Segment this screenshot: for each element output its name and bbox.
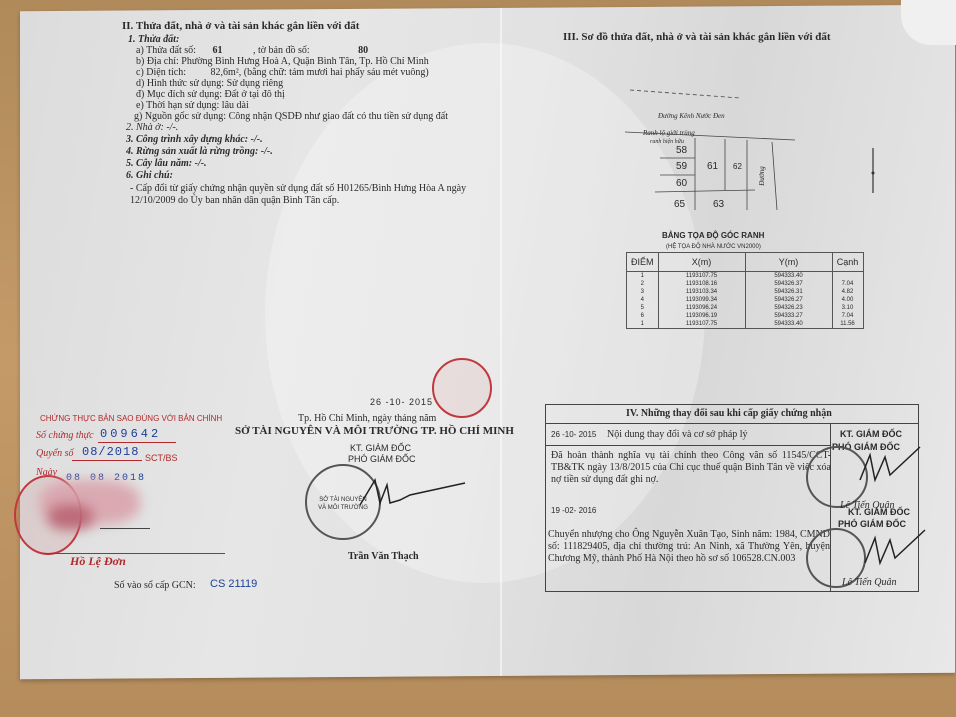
table-row: 41193099.34594326.274.00 (627, 296, 864, 304)
parcel-label: a) Thửa đất số: (136, 45, 196, 56)
redacted-signature (48, 505, 93, 530)
deputy-director: PHÓ GIÁM ĐỐC (348, 453, 416, 465)
col-x: X(m) (658, 253, 745, 272)
cert-sign-line (100, 528, 150, 529)
address-label: b) Địa chỉ: (136, 56, 179, 67)
item-house: 2. Nhà ở: -/-. (126, 122, 178, 134)
area-label: c) Diện tích: (136, 67, 186, 78)
table-row: 11193107.75594333.4011.56 (627, 320, 864, 329)
section-4-title: IV. Những thay đổi sau khi cấp giấy chứn… (626, 408, 832, 420)
cert-book-underline (72, 460, 142, 461)
table-row: 11193107.75594333.40 (627, 272, 864, 281)
table-row: 61193096.19594333.277.04 (627, 312, 864, 320)
origin-value: Công nhận QSDĐ như giao đất có thu tiền … (229, 111, 448, 122)
change-entry-2: Chuyển nhượng cho Ông Nguyễn Xuân Tạo, S… (548, 529, 830, 565)
col-y: Y(m) (745, 253, 832, 272)
north-arrow-icon (868, 148, 878, 193)
cert-divider (45, 553, 225, 554)
item-perennial: 5. Cây lâu năm: -/-. (126, 158, 207, 170)
change-date-1: 26 -10- 2015 (551, 429, 596, 441)
item-forest: 4. Rừng sản xuất là rừng trồng: -/-. (126, 146, 273, 158)
note-line-2: 12/10/2009 do Ủy ban nhân dân quận Bình … (130, 195, 339, 207)
kt-director-right-2: KT. GIÁM ĐỐC (848, 506, 910, 518)
parcel-63: 63 (713, 199, 724, 211)
parcel-60: 60 (676, 178, 687, 190)
change-date-2: 19 -02- 2016 (551, 505, 596, 517)
table-row: 51193096.24594326.233.10 (627, 304, 864, 312)
parcel-value: 61 (212, 45, 222, 56)
origin-label: g) Nguồn gốc sử dụng: (134, 111, 226, 122)
cert-book-value: 08/2018 (82, 446, 139, 458)
road-top-label: Đường Kênh Nước Đen (658, 110, 725, 122)
section-2-title: II. Thửa đất, nhà ở và tài sản khác gắn … (122, 20, 359, 32)
gcn-value: CS 21119 (210, 578, 257, 590)
area-value: 82,6m², (bằng chữ: tám mươi hai phẩy sáu… (210, 67, 428, 78)
purpose-label: đ) Mục đích sử dụng: (136, 89, 222, 100)
cert-number-label: Số chứng thực (36, 430, 94, 442)
cert-number-value: 009642 (100, 428, 161, 440)
stamped-date: 26 -10- 2015 (370, 396, 433, 408)
parcel-map (615, 85, 875, 215)
cert-book-label: Quyển số (36, 448, 74, 460)
parcel-61: 61 (707, 161, 718, 173)
note-line-1: - Cấp đổi từ giấy chứng nhận quyền sử dụ… (130, 183, 466, 195)
term-value: lâu dài (222, 100, 249, 111)
section-3-title: III. Sơ đồ thửa đất, nhà ở và tài sản kh… (563, 31, 831, 43)
col-point: ĐIỂM (627, 253, 659, 272)
item-other-construction: 3. Công trình xây dựng khác: -/-. (126, 134, 263, 146)
page-fold (500, 8, 502, 676)
col-edge: Cạnh (832, 253, 863, 272)
parcel-62: 62 (733, 161, 742, 173)
term-label: e) Thời hạn sử dụng: (136, 100, 219, 111)
item-notes: 6. Ghi chú: (126, 170, 173, 182)
parcel-65: 65 (674, 199, 685, 211)
authority-name: SỞ TÀI NGUYÊN VÀ MÔI TRƯỜNG TP. HỒ CHÍ M… (235, 425, 514, 437)
map-sheet-value: 80 (358, 45, 368, 56)
road-right-label: Đường (756, 166, 768, 186)
coord-table: ĐIỂM X(m) Y(m) Cạnh 11193107.75594333.40… (626, 252, 864, 329)
change-entry-1: Đã hoàn thành nghĩa vụ tài chính theo Cô… (551, 450, 831, 486)
parcel-59: 59 (676, 161, 687, 173)
cert-signer: Hồ Lệ Đơn (70, 555, 126, 567)
origin-line: g) Nguồn gốc sử dụng: Công nhận QSDĐ như… (134, 111, 448, 123)
cert-number-underline (98, 442, 176, 443)
signature-right-1 (855, 445, 925, 490)
signature-left (355, 475, 475, 515)
signer-right-2: Lê Tiến Quân (842, 577, 896, 589)
table-row: 31193103.34594326.314.82 (627, 288, 864, 296)
usage-form-value: Sử dụng riêng (227, 78, 284, 89)
usage-form-label: d) Hình thức sử dụng: (136, 78, 224, 89)
cert-title: CHỨNG THỰC BẢN SAO ĐÚNG VỚI BẢN CHÍNH (40, 413, 222, 425)
map-sheet-label: , tờ bản đồ số: (253, 45, 310, 56)
red-seal (432, 358, 492, 418)
table-row: 21193108.16594326.377.04 (627, 280, 864, 288)
cert-book-suffix: SCT/BS (145, 452, 178, 464)
kt-director-right-1: KT. GIÁM ĐỐC (840, 428, 902, 440)
change-col-header: Nội dung thay đổi và cơ sở pháp lý (607, 429, 748, 441)
purpose-value: Đất ở tại đô thị (224, 89, 284, 100)
place-date: Tp. Hồ Chí Minh, ngày tháng năm (298, 413, 436, 425)
parcel-58: 58 (676, 145, 687, 157)
address-value: Phường Bình Hưng Hoà A, Quận Bình Tân, T… (181, 56, 428, 67)
signer-name: Trần Văn Thạch (348, 551, 419, 563)
gcn-label: Số vào sổ cấp GCN: (114, 580, 196, 592)
signature-right-2 (860, 528, 930, 573)
